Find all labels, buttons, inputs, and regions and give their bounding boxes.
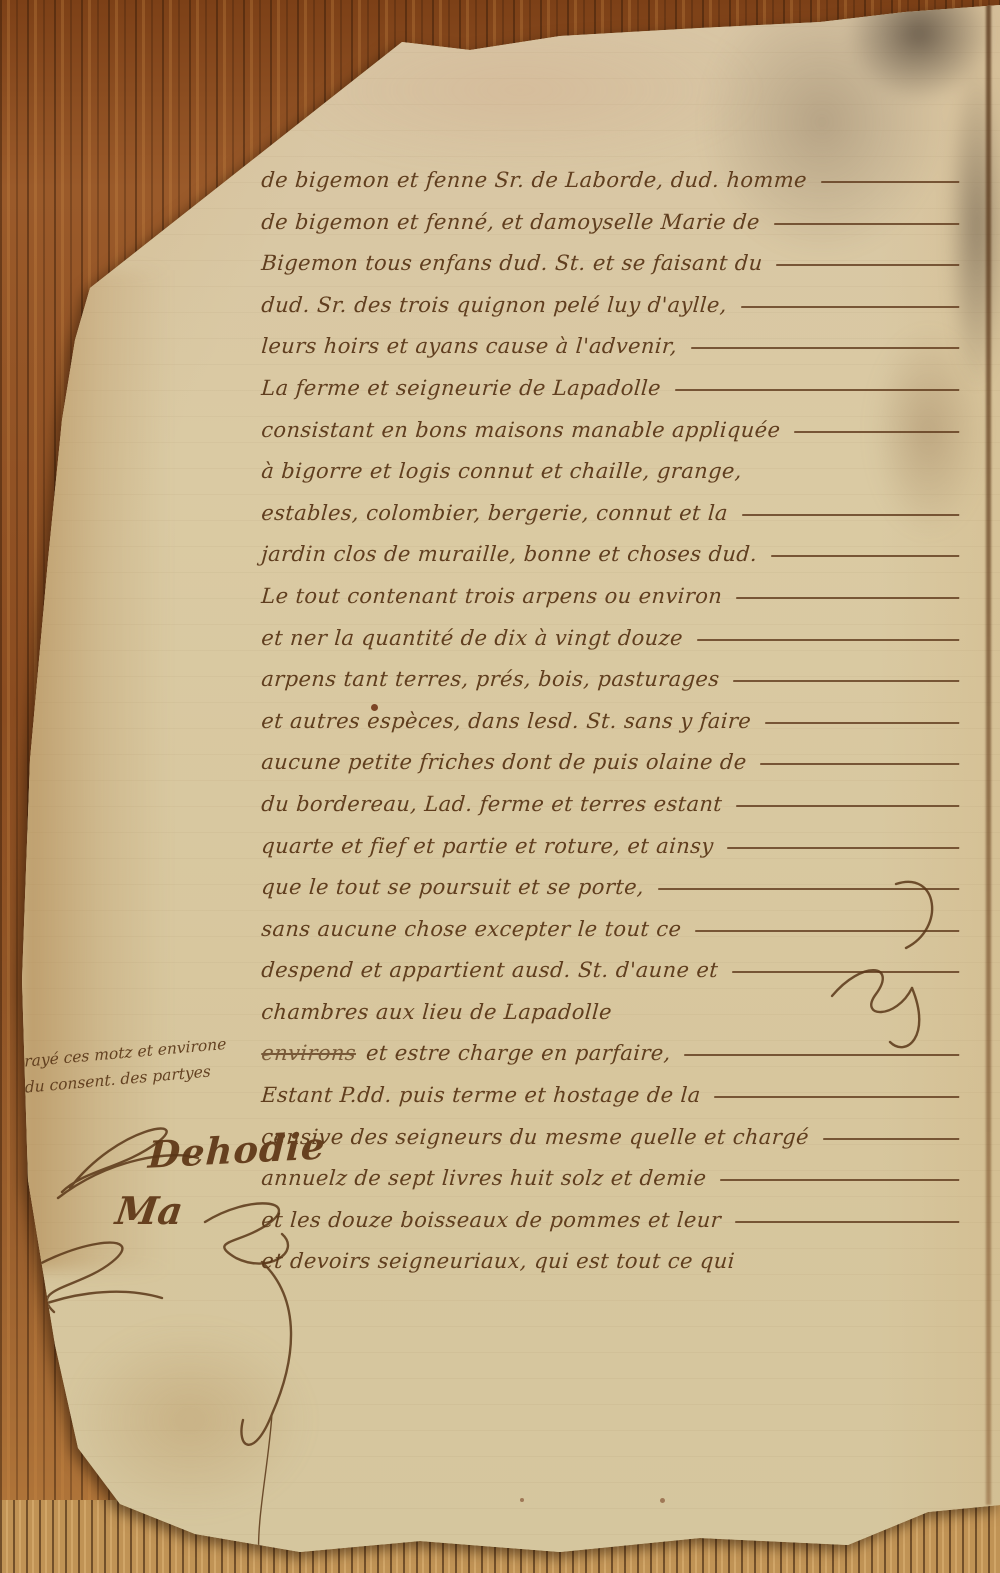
manuscript-paper-sheet: de bigemon et fenne Sr. de Laborde, dud.… [0, 0, 1000, 1573]
paper-sheet-wrapper: de bigemon et fenne Sr. de Laborde, dud.… [0, 0, 1000, 1573]
paraph-flourish [0, 0, 1000, 1573]
